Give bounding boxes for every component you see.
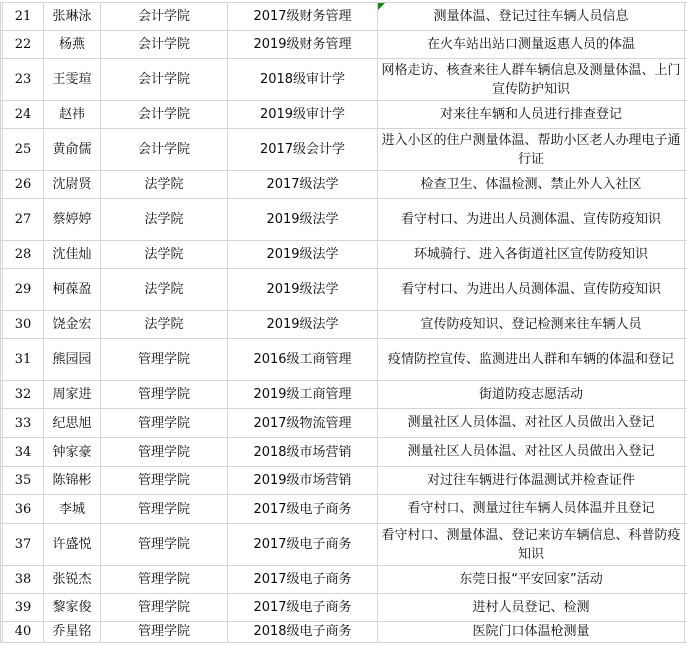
cell-major[interactable]: 2017级财务管理 — [228, 3, 378, 31]
cell-name[interactable]: 李城 — [44, 495, 101, 524]
cell-activity[interactable]: 看守村口、为进出人员测体温、宣传防疫知识 — [378, 199, 685, 241]
cell-activity[interactable]: 疫情防控宣传、监测进出人群和车辆的体温和登记 — [378, 339, 685, 381]
cell-college-text: 法学院 — [144, 282, 183, 297]
cell-row-number-text: 32 — [15, 387, 32, 402]
cell-activity-text: 测量社区人员体温、对社区人员做出入登记 — [378, 409, 684, 437]
table-row: 37许盛悦管理学院2017级电子商务看守村口、测量体温、登记来访车辆信息、科普防… — [1, 524, 687, 566]
cell-college-text: 法学院 — [144, 317, 183, 332]
cell-college[interactable]: 管理学院 — [101, 622, 228, 643]
cell-name-text: 蔡婷婷 — [52, 212, 91, 227]
cell-row-number[interactable]: 40 — [3, 622, 44, 643]
cell-college-text: 法学院 — [144, 247, 183, 262]
table-row: 23王雯瑄会计学院2018级审计学网格走访、核查来往人群车辆信息及测量体温、上门… — [1, 59, 687, 101]
cell-name-text: 沈佳灿 — [52, 247, 91, 262]
cell-row-number[interactable]: 22 — [3, 31, 44, 59]
cell-row-number-text: 23 — [15, 72, 32, 87]
cell-activity-text: 网格走访、核查来往人群车辆信息及测量体温、上门宣传防护知识 — [381, 63, 680, 97]
cell-name-text: 张锐杰 — [52, 572, 91, 587]
cell-row-number[interactable]: 28 — [3, 241, 44, 269]
cell-college[interactable]: 会计学院 — [101, 129, 228, 171]
cell-activity-text: 看守村口、测量过往车辆人员体温并且登记 — [378, 495, 684, 523]
cell-college[interactable]: 管理学院 — [101, 495, 228, 524]
cell-college-text: 管理学院 — [138, 572, 190, 587]
cell-major-text: 2017级物流管理 — [253, 416, 351, 431]
cell-college-text: 管理学院 — [138, 537, 190, 552]
cell-activity[interactable]: 对来往车辆和人员进行排查登记 — [378, 101, 685, 129]
cell-major-text: 2018级市场营销 — [253, 445, 351, 460]
cell-major-text: 2019级法学 — [266, 317, 338, 332]
cell-college[interactable]: 管理学院 — [101, 524, 228, 566]
cell-activity-text: 测量体温、登记过往车辆人员信息 — [433, 9, 628, 24]
cell-name-text: 乔星铭 — [52, 622, 91, 640]
cell-name-text: 杨燕 — [59, 37, 85, 52]
cell-name[interactable]: 王雯瑄 — [44, 59, 101, 101]
cell-name-text: 熊园园 — [52, 352, 91, 367]
cell-activity-text: 进村人员登记、检测 — [472, 600, 589, 615]
cell-activity[interactable]: 东莞日报“平安回家”活动 — [378, 566, 685, 594]
cell-college[interactable]: 管理学院 — [101, 409, 228, 438]
cell-name[interactable]: 陈锦彬 — [44, 467, 101, 495]
cell-row-number[interactable]: 36 — [3, 495, 44, 524]
cell-name[interactable]: 张琳泳 — [44, 3, 101, 31]
cell-major[interactable]: 2017级电子商务 — [228, 566, 378, 594]
cell-activity[interactable]: 在火车站出站口测量返惠人员的体温 — [378, 31, 685, 59]
cell-activity-text: 东莞日报“平安回家”活动 — [459, 572, 602, 587]
cell-college[interactable]: 法学院 — [101, 199, 228, 241]
cell-activity-text: 对来往车辆和人员进行排查登记 — [440, 107, 622, 122]
cell-activity-text: 看守村口、为进出人员测体温、宣传防疫知识 — [401, 212, 661, 227]
cell-college[interactable]: 法学院 — [101, 311, 228, 339]
cell-name-text: 柯葆盈 — [52, 282, 91, 297]
cell-row-number-text: 31 — [15, 352, 32, 367]
cell-activity-text: 医院门口体温枪测量 — [472, 624, 589, 639]
cell-college[interactable]: 法学院 — [101, 171, 228, 199]
cell-name-text: 黎家俊 — [52, 600, 91, 615]
table-row: 39黎家俊管理学院2017级电子商务进村人员登记、检测 — [1, 594, 687, 622]
table-row: 36李城管理学院2017级电子商务看守村口、测量过往车辆人员体温并且登记 — [1, 495, 687, 524]
cell-name-text: 沈尉贤 — [52, 177, 91, 192]
cell-college-text: 法学院 — [144, 212, 183, 227]
cell-name[interactable]: 饶金宏 — [44, 311, 101, 339]
cell-college-text: 管理学院 — [138, 502, 190, 517]
cell-activity-text: 环城骑行、进入各街道社区宣传防疫知识 — [414, 247, 648, 262]
cell-major-text: 2019级法学 — [266, 247, 338, 262]
cell-college-text: 管理学院 — [138, 352, 190, 367]
cell-activity[interactable]: 环城骑行、进入各街道社区宣传防疫知识 — [378, 241, 685, 269]
cell-name[interactable]: 乔星铭 — [44, 622, 101, 643]
cell-activity-text: 街道防疫志愿活动 — [479, 387, 583, 402]
cell-major[interactable]: 2018级电子商务 — [228, 622, 378, 643]
cell-row-number[interactable]: 21 — [3, 3, 44, 31]
cell-college-text: 会计学院 — [138, 72, 190, 87]
cell-major-text: 2017级电子商务 — [253, 600, 351, 615]
cell-activity-text: 看守村口、为进出人员测体温、宣传防疫知识 — [401, 282, 661, 297]
cell-row-number-text: 27 — [15, 212, 32, 227]
cell-row-number[interactable]: 23 — [3, 59, 44, 101]
cell-activity[interactable]: 测量体温、登记过往车辆人员信息 — [378, 3, 685, 31]
cell-activity[interactable]: 进村人员登记、检测 — [378, 594, 685, 622]
cell-row-number[interactable]: 34 — [3, 438, 44, 467]
cell-name[interactable]: 沈佳灿 — [44, 241, 101, 269]
cell-college-text: 管理学院 — [138, 600, 190, 615]
cell-name[interactable]: 黎家俊 — [44, 594, 101, 622]
cell-row-number[interactable]: 31 — [3, 339, 44, 381]
cell-row-number-text: 25 — [15, 142, 32, 157]
cell-college[interactable]: 管理学院 — [101, 566, 228, 594]
cell-activity[interactable]: 检查卫生、体温检测、禁止外人入社区 — [378, 171, 685, 199]
table-row: 35陈锦彬管理学院2019级市场营销对过往车辆进行体温测试并检查证件 — [1, 467, 687, 495]
cell-row-number[interactable]: 37 — [3, 524, 44, 566]
cell-major[interactable]: 2019级审计学 — [228, 101, 378, 129]
cell-college-text: 会计学院 — [138, 107, 190, 122]
cell-name-text: 饶金宏 — [52, 317, 91, 332]
cell-major-text: 2017级财务管理 — [253, 9, 351, 24]
cell-name-text: 钟家豪 — [52, 445, 91, 460]
cell-row-number-text: 40 — [15, 622, 32, 640]
cell-major-text: 2019级工商管理 — [253, 387, 351, 402]
cell-row-number-text: 26 — [15, 177, 32, 192]
cell-row-number-text: 39 — [15, 600, 32, 615]
cell-major[interactable]: 2017级电子商务 — [228, 495, 378, 524]
cell-college-text: 法学院 — [144, 177, 183, 192]
cell-row-number[interactable]: 39 — [3, 594, 44, 622]
cell-major-text: 2017级电子商务 — [253, 572, 351, 587]
cell-college-text: 会计学院 — [138, 142, 190, 157]
student-table: 21张琳泳会计学院2017级财务管理测量体温、登记过往车辆人员信息22杨燕会计学… — [0, 2, 687, 643]
cell-college-text: 管理学院 — [138, 473, 190, 488]
cell-name[interactable]: 蔡婷婷 — [44, 199, 101, 241]
cell-college[interactable]: 管理学院 — [101, 381, 228, 409]
cell-major[interactable]: 2017级会计学 — [228, 129, 378, 171]
cell-major[interactable]: 2017级物流管理 — [228, 409, 378, 438]
cell-major[interactable]: 2017级电子商务 — [228, 594, 378, 622]
cell-major-text: 2019级审计学 — [260, 107, 345, 122]
cell-major-text: 2018级审计学 — [260, 72, 345, 87]
cell-college[interactable]: 管理学院 — [101, 594, 228, 622]
cell-row-number-text: 35 — [15, 473, 32, 488]
table-row: 40乔星铭管理学院2018级电子商务医院门口体温枪测量 — [1, 622, 687, 643]
error-indicator-triangle-icon — [378, 3, 385, 10]
cell-major-text: 2019级市场营销 — [253, 473, 351, 488]
cell-name[interactable]: 许盛悦 — [44, 524, 101, 566]
cell-name-text: 许盛悦 — [52, 537, 91, 552]
cell-college[interactable]: 法学院 — [101, 241, 228, 269]
cell-name[interactable]: 钟家豪 — [44, 438, 101, 467]
cell-major-text: 2019级法学 — [266, 282, 338, 297]
cell-college[interactable]: 管理学院 — [101, 339, 228, 381]
cell-name[interactable]: 沈尉贤 — [44, 171, 101, 199]
cell-major[interactable]: 2019级法学 — [228, 311, 378, 339]
cell-row-number[interactable]: 24 — [3, 101, 44, 129]
cell-activity-text: 疫情防控宣传、监测进出人群和车辆的体温和登记 — [388, 352, 674, 367]
table-row: 33纪思旭管理学院2017级物流管理测量社区人员体温、对社区人员做出入登记 — [1, 409, 687, 438]
cell-row-number-text: 34 — [15, 445, 32, 460]
cell-name-text: 周家进 — [52, 387, 91, 402]
cell-name[interactable]: 周家进 — [44, 381, 101, 409]
cell-major-text: 2017级电子商务 — [253, 537, 351, 552]
cell-activity-text: 看守村口、测量体温、登记来访车辆信息、科普防疫知识 — [381, 528, 680, 562]
spreadsheet-area: 21张琳泳会计学院2017级财务管理测量体温、登记过往车辆人员信息22杨燕会计学… — [0, 0, 687, 646]
cell-activity[interactable]: 宣传防疫知识、登记检测来往车辆人员 — [378, 311, 685, 339]
cell-college[interactable]: 会计学院 — [101, 31, 228, 59]
cell-college[interactable]: 管理学院 — [101, 438, 228, 467]
cell-name[interactable]: 杨燕 — [44, 31, 101, 59]
table-row: 22杨燕会计学院2019级财务管理在火车站出站口测量返惠人员的体温 — [1, 31, 687, 59]
cell-name[interactable]: 赵祎 — [44, 101, 101, 129]
cell-major-text: 2018级电子商务 — [253, 622, 351, 640]
cell-major[interactable]: 2019级法学 — [228, 269, 378, 311]
cell-name[interactable]: 黄俞儒 — [44, 129, 101, 171]
cell-row-number-text: 28 — [15, 247, 32, 262]
table-row: 25黄俞儒会计学院2017级会计学进入小区的住户测量体温、帮助小区老人办理电子通… — [1, 129, 687, 171]
cell-row-number[interactable]: 35 — [3, 467, 44, 495]
cell-college[interactable]: 法学院 — [101, 269, 228, 311]
cell-row-number-text: 22 — [15, 37, 32, 52]
cell-major[interactable]: 2019级市场营销 — [228, 467, 378, 495]
cell-major[interactable]: 2018级审计学 — [228, 59, 378, 101]
cell-name-text: 纪思旭 — [52, 416, 91, 431]
cell-activity-text: 宣传防疫知识、登记检测来往车辆人员 — [420, 317, 641, 332]
cell-activity-text: 进入小区的住户测量体温、帮助小区老人办理电子通行证 — [381, 133, 680, 167]
cell-row-number-text: 37 — [15, 537, 32, 552]
table-row: 28沈佳灿法学院2019级法学环城骑行、进入各街道社区宣传防疫知识 — [1, 241, 687, 269]
cell-row-number-text: 21 — [15, 9, 32, 24]
cell-name-text: 李城 — [59, 502, 85, 517]
cell-activity[interactable]: 网格走访、核查来往人群车辆信息及测量体温、上门宣传防护知识 — [378, 59, 685, 101]
cell-college-text: 管理学院 — [138, 387, 190, 402]
table-row: 32周家进管理学院2019级工商管理街道防疫志愿活动 — [1, 381, 687, 409]
cell-major-text: 2019级财务管理 — [253, 37, 351, 52]
cell-row-number[interactable]: 25 — [3, 129, 44, 171]
table-row: 21张琳泳会计学院2017级财务管理测量体温、登记过往车辆人员信息 — [1, 3, 687, 31]
cell-activity[interactable]: 看守村口、测量过往车辆人员体温并且登记 — [378, 495, 685, 524]
cell-major-text: 2017级会计学 — [260, 142, 345, 157]
cell-row-number-text: 38 — [15, 572, 32, 587]
cell-row-number[interactable]: 27 — [3, 199, 44, 241]
cell-name-text: 王雯瑄 — [52, 72, 91, 87]
cell-college-text: 管理学院 — [138, 622, 190, 640]
cell-college-text: 会计学院 — [138, 9, 190, 24]
cell-major[interactable]: 2019级法学 — [228, 241, 378, 269]
table-row: 38张锐杰管理学院2017级电子商务东莞日报“平安回家”活动 — [1, 566, 687, 594]
cell-name[interactable]: 柯葆盈 — [44, 269, 101, 311]
table-row: 27蔡婷婷法学院2019级法学看守村口、为进出人员测体温、宣传防疫知识 — [1, 199, 687, 241]
cell-college[interactable]: 管理学院 — [101, 467, 228, 495]
cell-major-text: 2016级工商管理 — [253, 352, 351, 367]
cell-name-text: 黄俞儒 — [52, 142, 91, 157]
cell-activity[interactable]: 医院门口体温枪测量 — [378, 622, 685, 643]
cell-major[interactable]: 2016级工商管理 — [228, 339, 378, 381]
cell-row-number[interactable]: 33 — [3, 409, 44, 438]
cell-row-number[interactable]: 29 — [3, 269, 44, 311]
cell-activity[interactable]: 进入小区的住户测量体温、帮助小区老人办理电子通行证 — [378, 129, 685, 171]
cell-activity[interactable]: 测量社区人员体温、对社区人员做出入登记 — [378, 409, 685, 438]
cell-name-text: 陈锦彬 — [52, 473, 91, 488]
cell-name[interactable]: 纪思旭 — [44, 409, 101, 438]
cell-activity-text: 在火车站出站口测量返惠人员的体温 — [427, 37, 635, 52]
cell-activity[interactable]: 看守村口、为进出人员测体温、宣传防疫知识 — [378, 269, 685, 311]
table-row: 29柯葆盈法学院2019级法学看守村口、为进出人员测体温、宣传防疫知识 — [1, 269, 687, 311]
cell-row-number-text: 24 — [15, 107, 32, 122]
cell-college-text: 会计学院 — [138, 37, 190, 52]
table-row: 26沈尉贤法学院2017级法学检查卫生、体温检测、禁止外人入社区 — [1, 171, 687, 199]
cell-row-number-text: 36 — [15, 502, 32, 517]
cell-row-number[interactable]: 26 — [3, 171, 44, 199]
cell-college[interactable]: 会计学院 — [101, 101, 228, 129]
cell-row-number-text: 30 — [15, 317, 32, 332]
cell-college[interactable]: 会计学院 — [101, 3, 228, 31]
cell-row-number-text: 29 — [15, 282, 32, 297]
cell-major-text: 2017级电子商务 — [253, 502, 351, 517]
cell-activity[interactable]: 对过往车辆进行体温测试并检查证件 — [378, 467, 685, 495]
cell-activity-text: 对过往车辆进行体温测试并检查证件 — [427, 473, 635, 488]
cell-row-number-text: 33 — [15, 416, 32, 431]
cell-activity[interactable]: 街道防疫志愿活动 — [378, 381, 685, 409]
cell-major[interactable]: 2019级财务管理 — [228, 31, 378, 59]
cell-name-text: 赵祎 — [59, 107, 85, 122]
cell-major[interactable]: 2017级电子商务 — [228, 524, 378, 566]
cell-major[interactable]: 2018级市场营销 — [228, 438, 378, 467]
cell-row-number[interactable]: 38 — [3, 566, 44, 594]
table-row: 30饶金宏法学院2019级法学宣传防疫知识、登记检测来往车辆人员 — [1, 311, 687, 339]
table-row: 24赵祎会计学院2019级审计学对来往车辆和人员进行排查登记 — [1, 101, 687, 129]
cell-college-text: 管理学院 — [138, 445, 190, 460]
cell-major[interactable]: 2019级法学 — [228, 199, 378, 241]
cell-major[interactable]: 2017级法学 — [228, 171, 378, 199]
cell-row-number[interactable]: 32 — [3, 381, 44, 409]
cell-name[interactable]: 张锐杰 — [44, 566, 101, 594]
cell-activity-text: 检查卫生、体温检测、禁止外人入社区 — [420, 177, 641, 192]
cell-major[interactable]: 2019级工商管理 — [228, 381, 378, 409]
cell-major-text: 2019级法学 — [266, 212, 338, 227]
cell-major-text: 2017级法学 — [266, 177, 338, 192]
cell-college-text: 管理学院 — [138, 416, 190, 431]
cell-name-text: 张琳泳 — [52, 9, 91, 24]
cell-activity[interactable]: 看守村口、测量体温、登记来访车辆信息、科普防疫知识 — [378, 524, 685, 566]
table-row: 34钟家豪管理学院2018级市场营销测量社区人员体温、对社区人员做出入登记 — [1, 438, 687, 467]
cell-row-number[interactable]: 30 — [3, 311, 44, 339]
cell-activity-text: 测量社区人员体温、对社区人员做出入登记 — [378, 438, 684, 466]
cell-name[interactable]: 熊园园 — [44, 339, 101, 381]
table-row: 31熊园园管理学院2016级工商管理疫情防控宣传、监测进出人群和车辆的体温和登记 — [1, 339, 687, 381]
cell-college[interactable]: 会计学院 — [101, 59, 228, 101]
cell-activity[interactable]: 测量社区人员体温、对社区人员做出入登记 — [378, 438, 685, 467]
